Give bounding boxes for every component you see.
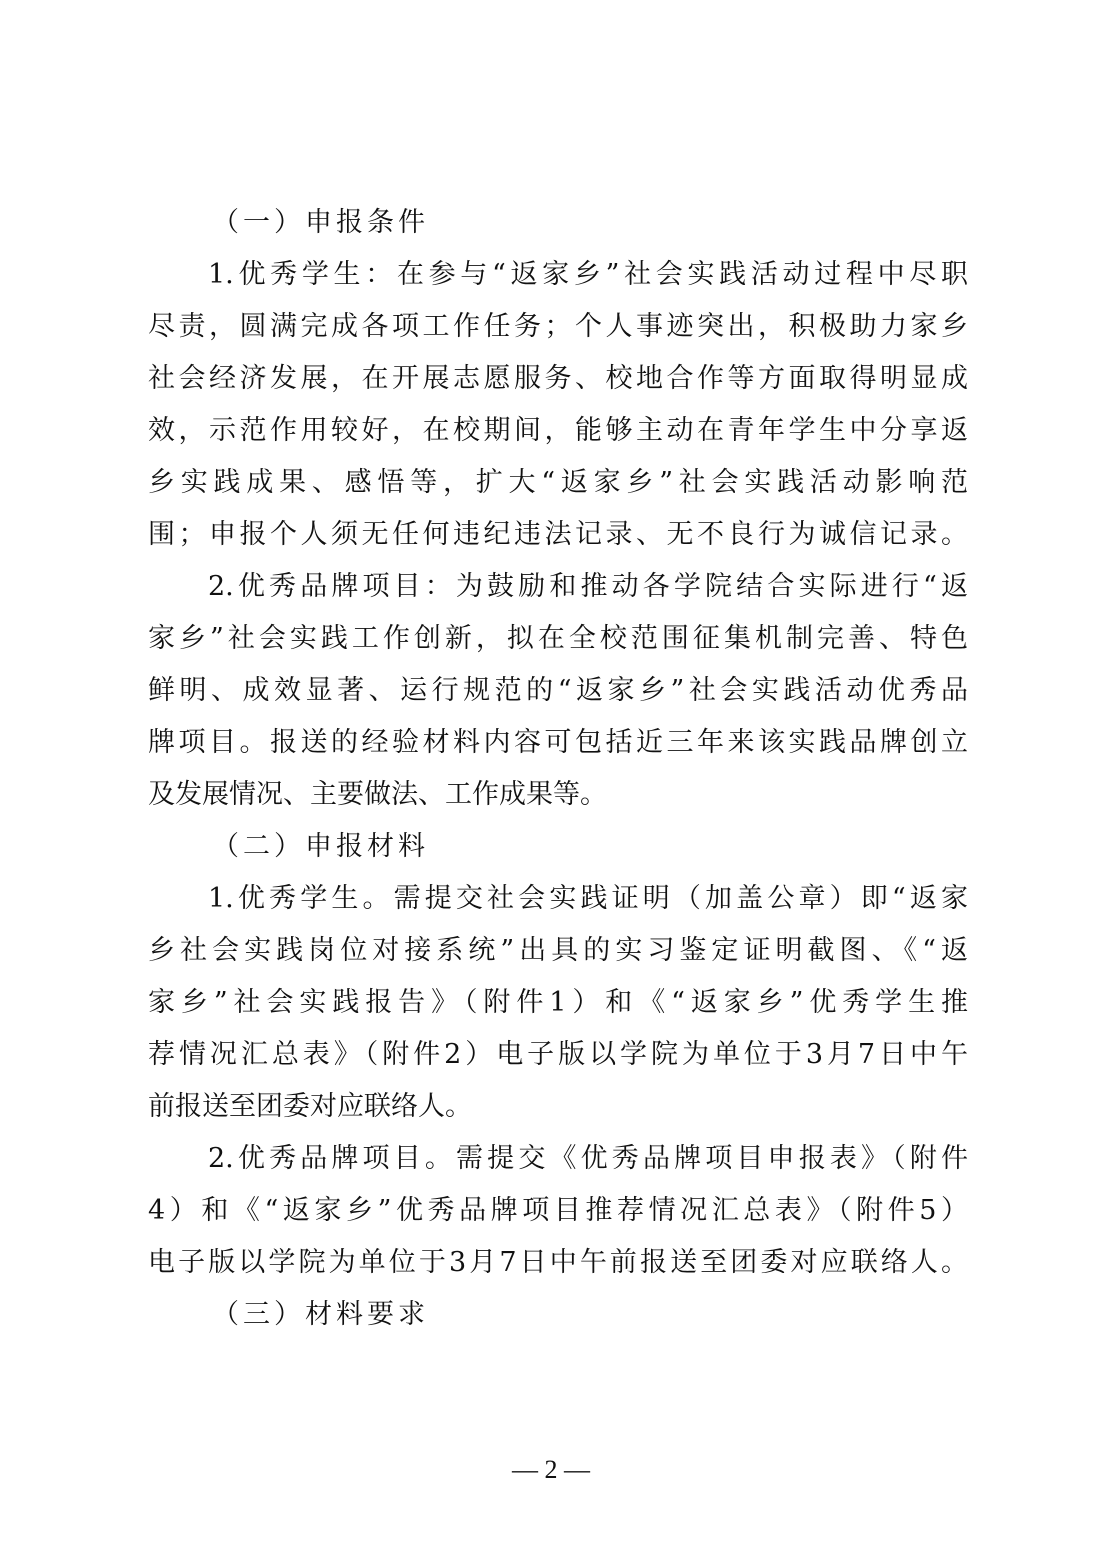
paragraph-line: 4）和《“返家乡”优秀品牌项目推荐情况汇总表》（附件5） bbox=[148, 1185, 968, 1237]
paragraph-line: 荐情况汇总表》（附件2）电子版以学院为单位于3月7日中午 bbox=[148, 1029, 968, 1081]
paragraph-line: 1.优秀学生。需提交社会实践证明（加盖公章）即“返家 bbox=[208, 873, 968, 925]
paragraph-line: 效，示范作用较好，在校期间，能够主动在青年学生中分享返 bbox=[148, 405, 968, 457]
paragraph-line: 鲜明、成效显著、运行规范的“返家乡”社会实践活动优秀品 bbox=[148, 665, 968, 717]
paragraph-line: 前报送至团委对应联络人。 bbox=[148, 1081, 968, 1133]
paragraph-line: 电子版以学院为单位于3月7日中午前报送至团委对应联络人。 bbox=[148, 1237, 968, 1289]
paragraph-line: 乡实践成果、感悟等，扩大“返家乡”社会实践活动影响范 bbox=[148, 457, 968, 509]
paragraph-line: 家乡”社会实践工作创新，拟在全校范围征集机制完善、特色 bbox=[148, 613, 968, 665]
paragraph-line: 及发展情况、主要做法、工作成果等。 bbox=[148, 769, 968, 821]
document-page: （一）申报条件 1.优秀学生：在参与“返家乡”社会实践活动过程中尽职 尽责，圆满… bbox=[0, 0, 1102, 1557]
section-heading-application-conditions: （一）申报条件 bbox=[212, 197, 612, 249]
section-heading-material-requirements: （三）材料要求 bbox=[212, 1289, 612, 1341]
paragraph-line: 1.优秀学生：在参与“返家乡”社会实践活动过程中尽职 bbox=[208, 249, 968, 301]
paragraph-line: 社会经济发展，在开展志愿服务、校地合作等方面取得明显成 bbox=[148, 353, 968, 405]
paragraph-line: 2.优秀品牌项目。需提交《优秀品牌项目申报表》（附件 bbox=[208, 1133, 968, 1185]
section-heading-application-materials: （二）申报材料 bbox=[212, 821, 612, 873]
paragraph-line: 乡社会实践岗位对接系统”出具的实习鉴定证明截图、《“返 bbox=[148, 925, 968, 977]
paragraph-line: 围；申报个人须无任何违纪违法记录、无不良行为诚信记录。 bbox=[148, 509, 968, 561]
paragraph-line: 2.优秀品牌项目：为鼓励和推动各学院结合实际进行“返 bbox=[208, 561, 968, 613]
paragraph-line: 牌项目。报送的经验材料内容可包括近三年来该实践品牌创立 bbox=[148, 717, 968, 769]
paragraph-line: 家乡”社会实践报告》（附件1）和《“返家乡”优秀学生推 bbox=[148, 977, 968, 1029]
page-number: — 2 — bbox=[0, 1452, 1102, 1488]
paragraph-line: 尽责，圆满完成各项工作任务；个人事迹突出，积极助力家乡 bbox=[148, 301, 968, 353]
